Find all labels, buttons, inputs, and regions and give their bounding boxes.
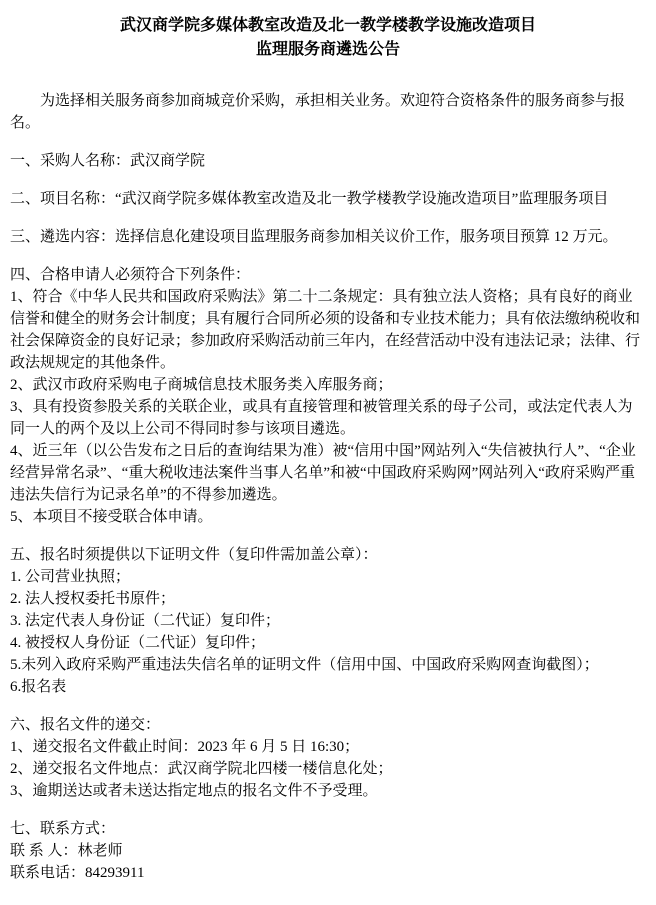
- contact-phone: 联系电话：84293911: [10, 862, 646, 884]
- document-title: 武汉商学院多媒体教室改造及北一教学楼教学设施改造项目 监理服务商遴选公告: [10, 14, 646, 62]
- section-required-documents: 五、报名时须提供以下证明文件（复印件需加盖公章）： 1. 公司营业执照； 2. …: [10, 544, 646, 698]
- section-heading: 五、报名时须提供以下证明文件（复印件需加盖公章）：: [10, 544, 646, 566]
- list-item: 3、逾期送达或者未送达指定地点的报名文件不予受理。: [10, 780, 646, 802]
- list-item: 4. 被授权人身份证（二代证）复印件；: [10, 632, 646, 654]
- section-heading: 四、合格申请人必须符合下列条件：: [10, 264, 646, 286]
- list-item: 2、递交报名文件地点：武汉商学院北四楼一楼信息化处；: [10, 758, 646, 780]
- list-item: 2、武汉市政府采购电子商城信息技术服务类入库服务商；: [10, 374, 646, 396]
- list-item: 6.报名表: [10, 676, 646, 698]
- list-item: 5.未列入政府采购严重违法失信名单的证明文件（信用中国、中国政府采购网查询截图）…: [10, 654, 646, 676]
- section-heading: 三、遴选内容：选择信息化建设项目监理服务商参加相关议价工作，服务项目预算 12 …: [10, 226, 646, 248]
- section-heading: 六、报名文件的递交：: [10, 714, 646, 736]
- section-submission: 六、报名文件的递交： 1、递交报名文件截止时间：2023 年 6 月 5 日 1…: [10, 714, 646, 802]
- contact-person: 联 系 人：林老师: [10, 840, 646, 862]
- section-contact: 七、联系方式： 联 系 人：林老师 联系电话：84293911: [10, 818, 646, 884]
- list-item: 1、递交报名文件截止时间：2023 年 6 月 5 日 16:30；: [10, 736, 646, 758]
- list-item: 3. 法定代表人身份证（二代证）复印件；: [10, 610, 646, 632]
- list-item: 5、本项目不接受联合体申请。: [10, 506, 646, 528]
- list-item: 2. 法人授权委托书原件；: [10, 588, 646, 610]
- intro-paragraph: 为选择相关服务商参加商城竞价采购，承担相关业务。欢迎符合资格条件的服务商参与报名…: [10, 90, 646, 134]
- list-item: 4、近三年（以公告发布之日后的查询结果为准）被“信用中国”网站列入“失信被执行人…: [10, 440, 646, 506]
- list-item: 1. 公司营业执照；: [10, 566, 646, 588]
- section-project-name: 二、项目名称：“武汉商学院多媒体教室改造及北一教学楼教学设施改造项目”监理服务项…: [10, 188, 646, 210]
- section-purchaser-name: 一、采购人名称：武汉商学院: [10, 150, 646, 172]
- section-heading: 七、联系方式：: [10, 818, 646, 840]
- title-line-2: 监理服务商遴选公告: [10, 38, 646, 62]
- section-heading: 二、项目名称：“武汉商学院多媒体教室改造及北一教学楼教学设施改造项目”监理服务项…: [10, 188, 646, 210]
- section-heading: 一、采购人名称：武汉商学院: [10, 150, 646, 172]
- announcement-document: 武汉商学院多媒体教室改造及北一教学楼教学设施改造项目 监理服务商遴选公告 为选择…: [0, 0, 656, 905]
- section-selection-content: 三、遴选内容：选择信息化建设项目监理服务商参加相关议价工作，服务项目预算 12 …: [10, 226, 646, 248]
- section-qualification-requirements: 四、合格申请人必须符合下列条件： 1、符合《中华人民共和国政府采购法》第二十二条…: [10, 264, 646, 528]
- title-line-1: 武汉商学院多媒体教室改造及北一教学楼教学设施改造项目: [10, 14, 646, 38]
- list-item: 1、符合《中华人民共和国政府采购法》第二十二条规定：具有独立法人资格；具有良好的…: [10, 286, 646, 374]
- list-item: 3、具有投资参股关系的关联企业，或具有直接管理和被管理关系的母子公司，或法定代表…: [10, 396, 646, 440]
